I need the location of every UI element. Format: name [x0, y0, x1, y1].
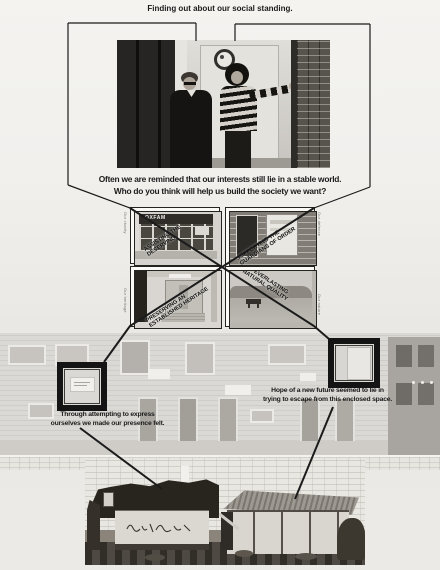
- shed-wall: [227, 510, 349, 554]
- artwork-page: Finding out about our social standing. O…: [0, 0, 440, 570]
- light-dot: [421, 381, 424, 384]
- right-pillar: [211, 271, 217, 322]
- detail-frame-left: [57, 362, 107, 411]
- photo-institution-entrance: PRESERVING AN ESTABLISHED HERITAGE: [134, 270, 222, 329]
- left-frame-caption-line1: Through attempting to express: [20, 411, 195, 420]
- side-label-top-right: Our defence: [317, 212, 322, 236]
- dark-window: [418, 383, 434, 405]
- curtained-window: [120, 340, 150, 375]
- name-plate: [169, 274, 191, 278]
- grid-photo-box-entrance: PRESERVING AN ESTABLISHED HERITAGE: [130, 266, 220, 327]
- grid-photo-box-oxfam: OXFAM ASSISTING THE DESERVING: [130, 207, 220, 264]
- man-dark-sweater: [170, 90, 212, 168]
- right-frame-caption-line2: trying to escape from this enclosed spac…: [240, 396, 415, 405]
- grid-photo-box-park: AN EVERLASTING NATURAL QUALITY: [225, 266, 315, 327]
- main-photo-couple-doorway: [117, 40, 330, 168]
- dark-window: [396, 345, 412, 367]
- window: [250, 409, 274, 423]
- page-title: Finding out about our social standing.: [0, 4, 440, 13]
- window: [268, 344, 306, 365]
- clock-center: [220, 55, 224, 59]
- door: [218, 397, 238, 443]
- wall-base-shadow: [115, 544, 209, 550]
- main-caption-line2: Who do you think will help us build the …: [0, 186, 440, 196]
- graffiti-scribble: [125, 520, 195, 536]
- right-frame-caption-line1: Hope of a new future seemed to lie in: [240, 387, 415, 396]
- notice-line: [74, 382, 90, 383]
- dark-front-door: [117, 40, 177, 168]
- graffiti-wall: [115, 510, 209, 547]
- side-label-bottom-left: Our heritage: [123, 288, 128, 313]
- window-poster: [195, 226, 209, 235]
- side-label-top-left: Our charity: [123, 212, 128, 234]
- photo-oxfam-shopfront: OXFAM ASSISTING THE DESERVING: [134, 211, 222, 266]
- dark-window: [418, 345, 434, 367]
- main-caption-line1: Often we are reminded that our interests…: [0, 174, 440, 184]
- left-frame-caption-line2: ourselves we made our presence felt.: [20, 420, 195, 429]
- pavement: [0, 441, 440, 455]
- grass-tuft: [145, 554, 165, 561]
- framed-notice: [70, 377, 95, 392]
- grass-tuft: [295, 553, 317, 560]
- bench-leg: [248, 304, 250, 308]
- grid-photo-box-poster: SUPPORTING THE GUARDIANS OF ORDER: [225, 207, 315, 264]
- window: [8, 345, 46, 365]
- woman-face: [231, 71, 243, 84]
- brick-pier: [297, 40, 330, 168]
- man-glasses: [184, 82, 196, 85]
- notice-sign: [300, 373, 316, 381]
- light-dot: [430, 381, 433, 384]
- side-label-bottom-right: Our nature: [317, 294, 322, 315]
- framed-window: [347, 347, 371, 380]
- rubble: [87, 500, 100, 550]
- notice-sign: [148, 369, 170, 379]
- notice-line: [74, 385, 87, 386]
- bench-leg: [257, 304, 259, 308]
- light-dot: [412, 381, 415, 384]
- right-frame-caption: Hope of a new future seemed to lie in tr…: [240, 387, 415, 405]
- bushes: [337, 518, 365, 560]
- bottom-photo-derelict-sheds: [85, 458, 365, 565]
- detail-frame-right: [328, 338, 380, 388]
- shop-sign-text: OXFAM: [145, 215, 166, 221]
- ruin-window: [103, 492, 114, 507]
- photo-poster-wall: SUPPORTING THE GUARDIANS OF ORDER: [229, 211, 317, 266]
- window: [185, 342, 215, 375]
- field: [230, 298, 312, 322]
- photo-park-bench: AN EVERLASTING NATURAL QUALITY: [229, 270, 317, 329]
- dark-column: [135, 271, 147, 322]
- grass-tuft: [235, 550, 253, 557]
- woman-trousers: [225, 131, 251, 168]
- left-frame-caption: Through attempting to express ourselves …: [20, 411, 195, 429]
